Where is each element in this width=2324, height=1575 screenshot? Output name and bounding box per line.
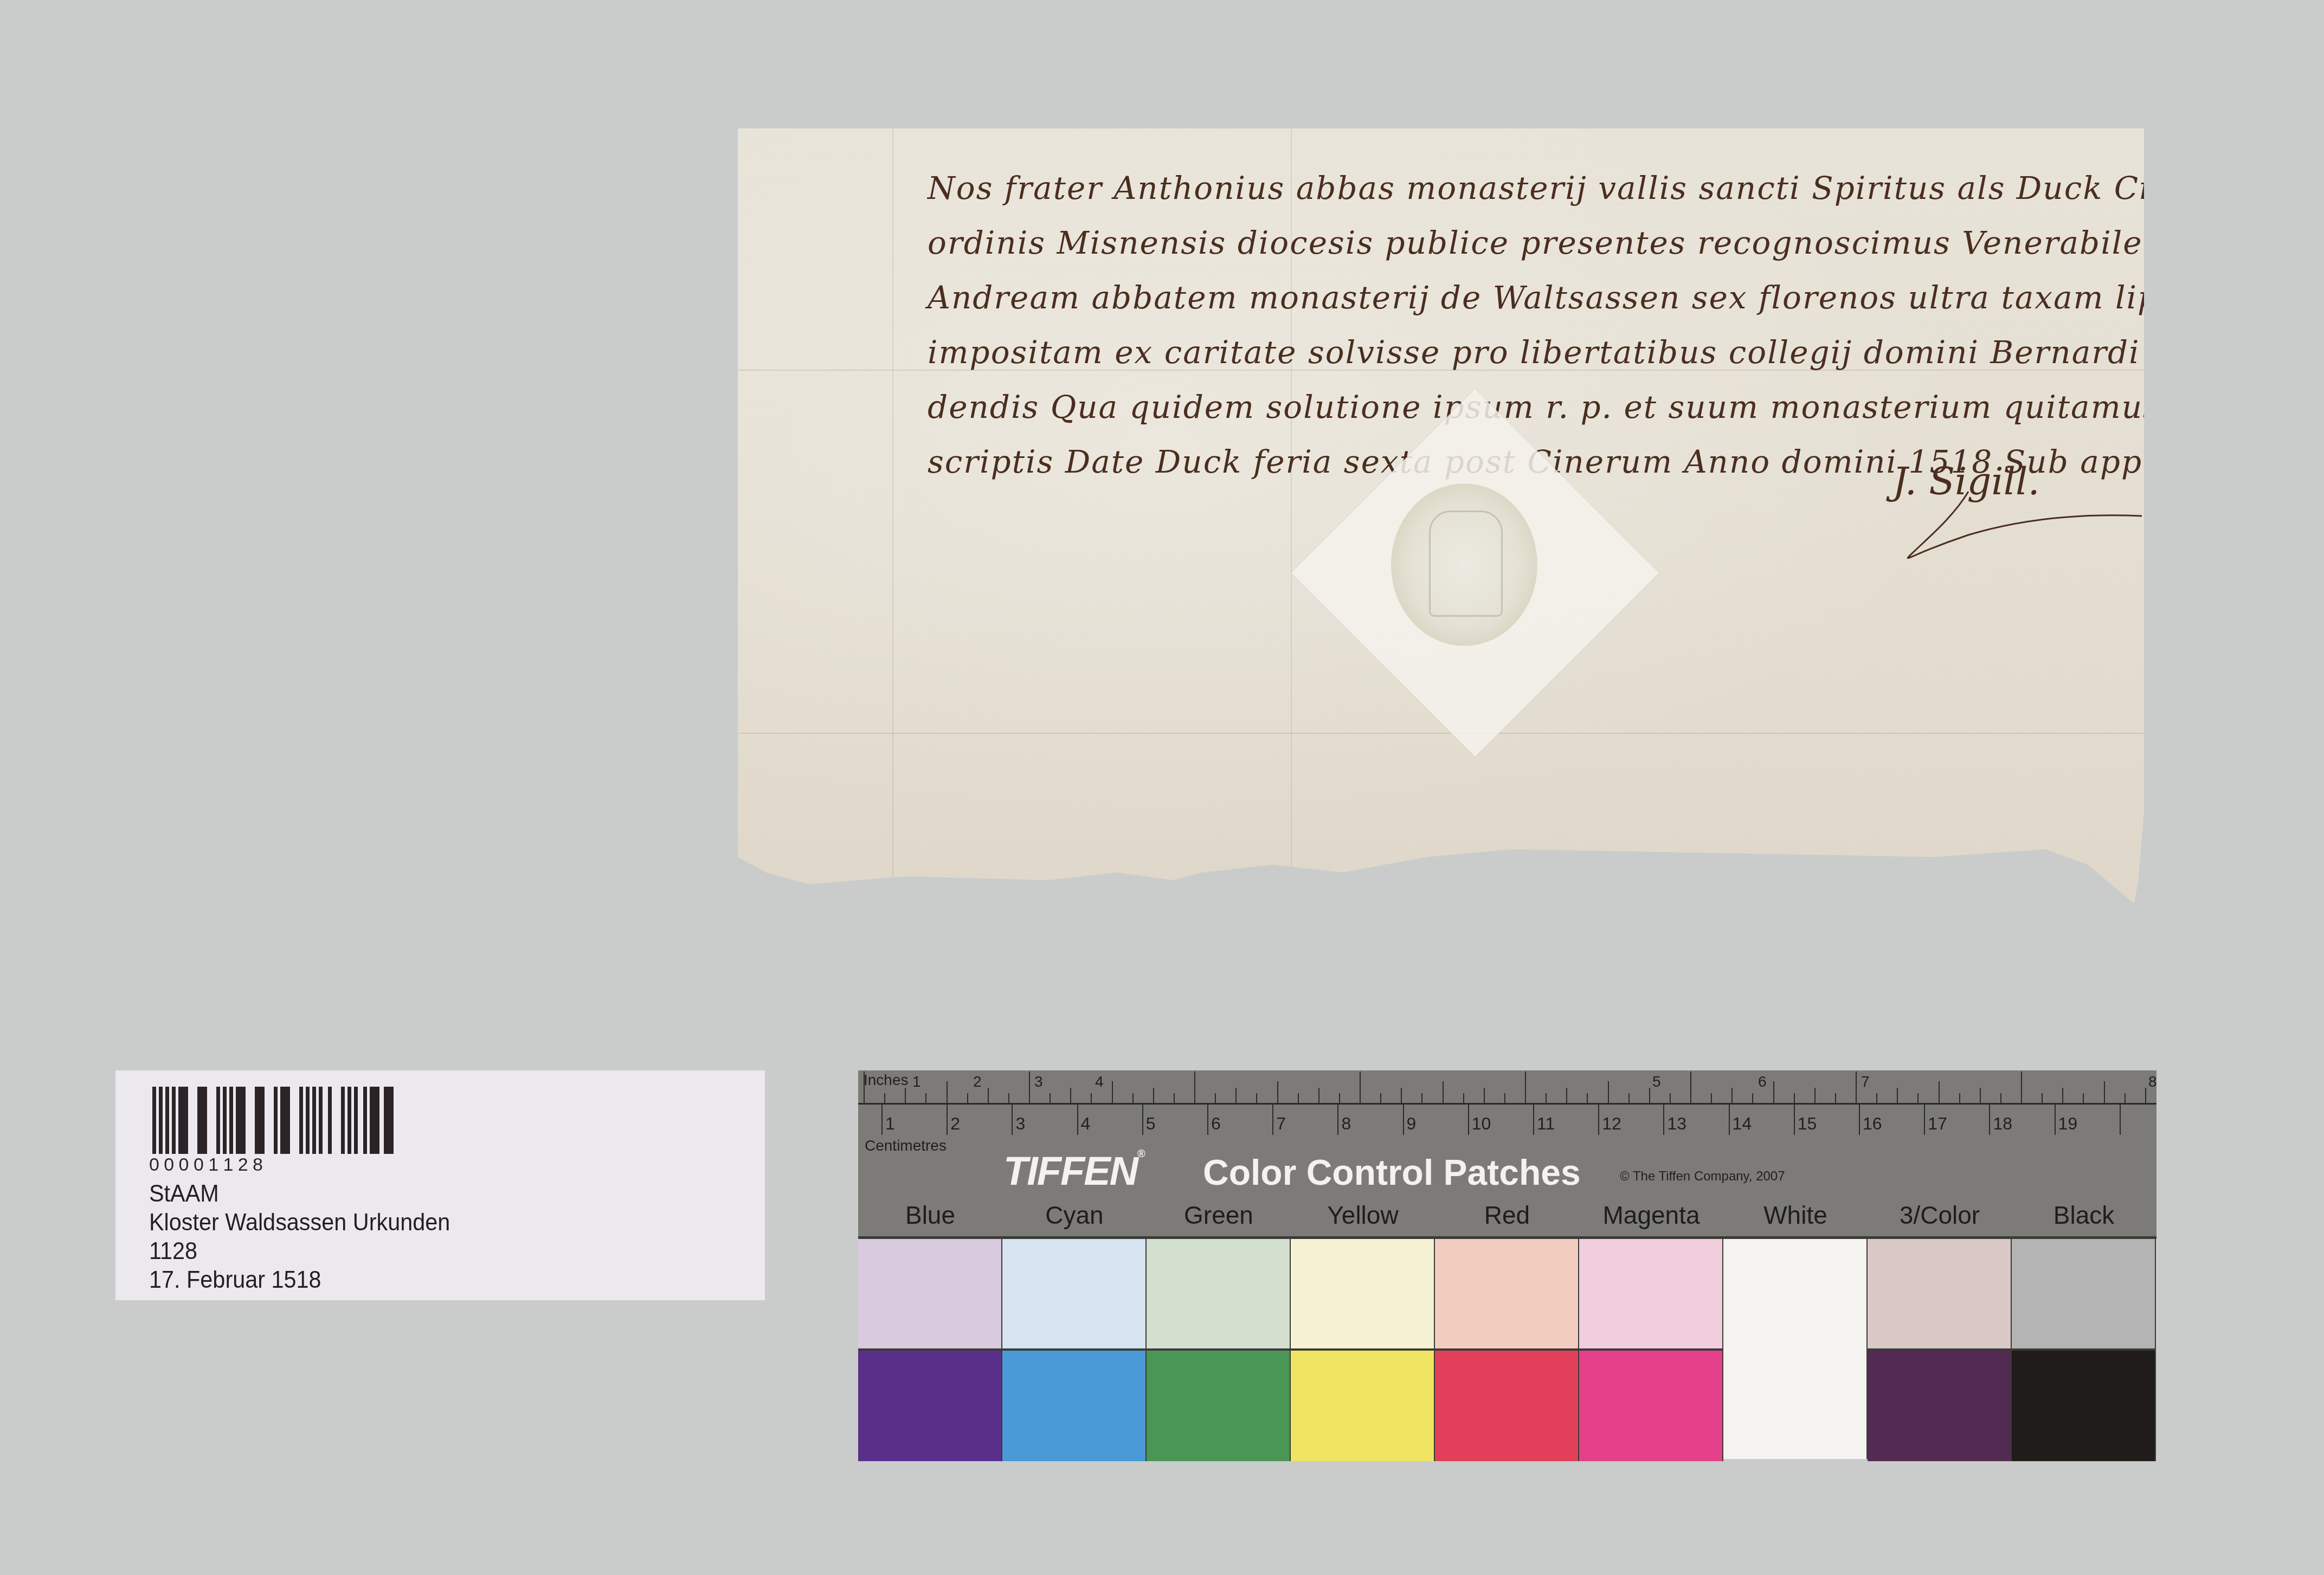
cm-tick <box>1337 1105 1338 1135</box>
inch-tick <box>884 1093 885 1103</box>
patch-dark-magenta <box>1579 1348 1723 1461</box>
cm-tick <box>1924 1105 1925 1135</box>
inch-tick <box>1814 1088 1816 1103</box>
inch-tick <box>2104 1081 2105 1103</box>
inch-tick <box>1401 1088 1402 1103</box>
inch-tick <box>2062 1088 2063 1103</box>
inch-tick <box>1856 1071 1857 1103</box>
patch-label-cyan: Cyan <box>1002 1200 1147 1230</box>
inch-tick <box>925 1093 926 1103</box>
cm-tick <box>2055 1105 2056 1135</box>
chart-header-band: Inches 12345678910111213141516171819 1 2… <box>858 1070 2156 1237</box>
archive-name: StAAM <box>149 1179 450 1208</box>
patch-dark-3color <box>1868 1348 2012 1461</box>
inch-tick <box>2083 1093 2084 1103</box>
inch-tick <box>1525 1071 1526 1103</box>
inch-number: 7 <box>1861 1073 1870 1090</box>
cm-number: 17 <box>1928 1114 1947 1134</box>
cm-tick <box>1142 1105 1143 1135</box>
cm-tick <box>1077 1105 1078 1135</box>
text-line: Nos frater Anthonius abbas monasterij va… <box>928 161 2120 216</box>
signature-flourish-icon <box>1903 486 2142 562</box>
collection-name: Kloster Waldsassen Urkunden <box>149 1208 450 1236</box>
cm-number: 16 <box>1863 1114 1882 1134</box>
inch-tick <box>905 1088 906 1103</box>
inch-tick <box>1980 1088 1981 1103</box>
barcode-digit: 0 <box>194 1154 204 1176</box>
cm-number: 3 <box>1015 1114 1025 1134</box>
text-line: Andream abbatem monasterij de Waltsassen… <box>928 270 2120 325</box>
inch-tick <box>1174 1093 1175 1103</box>
inch-tick <box>1752 1093 1753 1103</box>
inch-tick <box>1690 1071 1691 1103</box>
patch-dark-blue <box>858 1348 1002 1461</box>
inch-tick <box>1897 1088 1898 1103</box>
inch-tick <box>1628 1093 1630 1103</box>
text-line: ordinis Misnensis diocesis publice prese… <box>928 216 2120 270</box>
cm-number: 4 <box>1081 1114 1091 1134</box>
inch-tick <box>1112 1081 1113 1103</box>
inch-tick <box>1504 1093 1505 1103</box>
barcode-digit: 0 <box>149 1154 159 1176</box>
patch-label-black: Black <box>2012 1200 2156 1230</box>
cm-number: 9 <box>1407 1114 1417 1134</box>
patch-light-green <box>1147 1239 1291 1348</box>
inch-tick <box>1711 1093 1712 1103</box>
cm-tick <box>1859 1105 1860 1135</box>
patch-light-3color <box>1868 1239 2012 1348</box>
inch-tick <box>1153 1088 1154 1103</box>
inch-tick <box>1773 1081 1774 1103</box>
cm-number: 18 <box>1993 1114 2012 1134</box>
tiffen-logo: TIFFEN® <box>1003 1148 1144 1194</box>
inch-tick <box>1463 1093 1464 1103</box>
patch-label-3color: 3/Color <box>1868 1200 2012 1230</box>
patch-light-yellow <box>1291 1239 1435 1348</box>
cm-number: 10 <box>1472 1114 1491 1134</box>
inch-tick <box>1876 1093 1877 1103</box>
inch-tick <box>1566 1088 1567 1103</box>
cm-tick <box>881 1105 883 1135</box>
inch-tick <box>947 1081 948 1103</box>
inch-tick <box>1380 1093 1381 1103</box>
inch-tick <box>1443 1081 1444 1103</box>
cm-tick <box>1729 1105 1730 1135</box>
inch-tick <box>1194 1071 1195 1103</box>
cm-number: 8 <box>1341 1114 1351 1134</box>
patch-dark-red <box>1435 1348 1579 1461</box>
patch-light-red <box>1435 1239 1579 1348</box>
inch-tick <box>1731 1088 1733 1103</box>
inch-tick <box>1277 1081 1278 1103</box>
inch-tick <box>1608 1081 1609 1103</box>
patch-label-magenta: Magenta <box>1579 1200 1723 1230</box>
barcode-digit: 2 <box>238 1154 248 1176</box>
patch-dark-yellow <box>1291 1348 1435 1461</box>
barcode-digit: 1 <box>223 1154 233 1176</box>
chart-title: Color Control Patches <box>1203 1152 1581 1193</box>
inch-tick <box>1959 1093 1960 1103</box>
patch-label-yellow: Yellow <box>1291 1200 1435 1230</box>
inch-tick <box>1421 1093 1422 1103</box>
inch-tick <box>2145 1088 2146 1103</box>
inch-tick <box>1546 1093 1547 1103</box>
ruler-baseline <box>858 1103 2156 1105</box>
inch-number: 4 <box>1095 1073 1104 1090</box>
seal-figure-niche <box>1429 511 1503 617</box>
inch-tick <box>1070 1088 1071 1103</box>
cm-tick <box>1533 1105 1534 1135</box>
inch-tick <box>2042 1093 2043 1103</box>
cm-tick <box>1598 1105 1599 1135</box>
inch-tick <box>1132 1093 1134 1103</box>
patch-label-white: White <box>1723 1200 1868 1230</box>
barcode-digit: 1 <box>208 1154 218 1176</box>
cm-tick <box>1207 1105 1208 1135</box>
barcode-digit: 0 <box>179 1154 189 1176</box>
inch-tick <box>1339 1093 1340 1103</box>
cm-number: 1 <box>885 1114 895 1134</box>
inch-tick <box>967 1093 968 1103</box>
fold-line <box>738 733 2144 734</box>
inch-tick <box>988 1088 989 1103</box>
inch-tick <box>1091 1093 1092 1103</box>
cm-tick <box>1794 1105 1795 1135</box>
label-text: StAAM Kloster Waldsassen Urkunden 1128 1… <box>149 1179 450 1294</box>
inch-tick <box>1029 1071 1030 1103</box>
inch-tick <box>2000 1093 2001 1103</box>
cm-number: 7 <box>1276 1114 1286 1134</box>
inch-tick <box>2021 1071 2022 1103</box>
tiffen-color-chart: Inches 12345678910111213141516171819 1 2… <box>858 1070 2156 1459</box>
patch-light-black <box>2012 1239 2156 1348</box>
inch-tick <box>1670 1093 1671 1103</box>
inch-tick <box>1318 1088 1319 1103</box>
inch-number: 5 <box>1652 1073 1661 1090</box>
patch-dark-black <box>2012 1348 2156 1461</box>
inch-number: 8 <box>2148 1073 2157 1090</box>
cm-number: 2 <box>950 1114 960 1134</box>
barcode-digit: 0 <box>164 1154 174 1176</box>
brand-name: TIFFEN <box>1003 1148 1137 1193</box>
registered-icon: ® <box>1137 1148 1144 1160</box>
cm-number: 19 <box>2058 1114 2078 1134</box>
copyright: © The Tiffen Company, 2007 <box>1620 1169 1785 1184</box>
fold-line <box>892 128 893 903</box>
barcode <box>152 1087 394 1154</box>
inches-label: Inches <box>864 1071 909 1089</box>
inch-number: 1 <box>912 1073 921 1090</box>
cm-number: 15 <box>1798 1114 1817 1134</box>
cm-tick <box>1012 1105 1013 1135</box>
inch-tick <box>1484 1088 1485 1103</box>
inch-tick <box>864 1071 865 1103</box>
inch-tick <box>1917 1093 1919 1103</box>
inch-tick <box>1835 1093 1836 1103</box>
cm-tick <box>1468 1105 1469 1135</box>
patch-light-cyan <box>1002 1239 1147 1348</box>
text-line: dendis Qua quidem solutione ipsum r. p. … <box>928 380 2120 435</box>
patch-light-magenta <box>1579 1239 1723 1348</box>
cm-number: 12 <box>1602 1114 1621 1134</box>
charter-parchment: Nos frater Anthonius abbas monasterij va… <box>738 128 2144 903</box>
document-number: 1128 <box>149 1236 450 1265</box>
archive-label-card: 0 0 0 0 1 1 2 8 StAAM Kloster Waldsassen… <box>115 1070 765 1300</box>
inch-tick <box>1360 1071 1361 1103</box>
inch-number: 2 <box>973 1073 982 1090</box>
patch-dark-cyan <box>1002 1348 1147 1461</box>
document-date: 17. Februar 1518 <box>149 1265 450 1294</box>
patch-light-blue <box>858 1239 1002 1348</box>
inch-tick <box>1256 1093 1257 1103</box>
inch-number: 3 <box>1034 1073 1043 1090</box>
cm-number: 13 <box>1667 1114 1686 1134</box>
inch-tick <box>1008 1093 1009 1103</box>
inch-tick <box>1587 1093 1588 1103</box>
inch-tick <box>1298 1093 1299 1103</box>
cm-number: 14 <box>1733 1114 1752 1134</box>
barcode-digit: 8 <box>253 1154 263 1176</box>
cm-tick <box>1403 1105 1404 1135</box>
text-line: impositam ex caritate solvisse pro liber… <box>928 325 2120 380</box>
cm-number: 11 <box>1537 1114 1555 1134</box>
cm-tick <box>1272 1105 1273 1135</box>
inch-tick <box>1235 1088 1237 1103</box>
cm-tick <box>1989 1105 1990 1135</box>
cm-tick <box>2120 1105 2121 1135</box>
inch-tick <box>1794 1093 1795 1103</box>
barcode-number: 0 0 0 0 1 1 2 8 <box>149 1154 263 1176</box>
cm-number: 5 <box>1146 1114 1156 1134</box>
inch-number: 6 <box>1758 1073 1767 1090</box>
cm-number: 6 <box>1211 1114 1221 1134</box>
patch-label-green: Green <box>1147 1200 1291 1230</box>
wax-seal <box>1391 483 1537 646</box>
inch-tick <box>1939 1081 1940 1103</box>
inch-tick <box>1050 1093 1051 1103</box>
patch-light-white <box>1723 1239 1868 1459</box>
patch-dark-green <box>1147 1348 1291 1461</box>
patch-label-red: Red <box>1435 1200 1579 1230</box>
inch-tick <box>1215 1093 1216 1103</box>
centimetres-label: Centimetres <box>865 1137 947 1154</box>
cm-tick <box>1663 1105 1664 1135</box>
cm-tick <box>947 1105 948 1135</box>
inch-tick <box>1649 1088 1650 1103</box>
patch-label-blue: Blue <box>858 1200 1002 1230</box>
inch-tick <box>2125 1093 2126 1103</box>
